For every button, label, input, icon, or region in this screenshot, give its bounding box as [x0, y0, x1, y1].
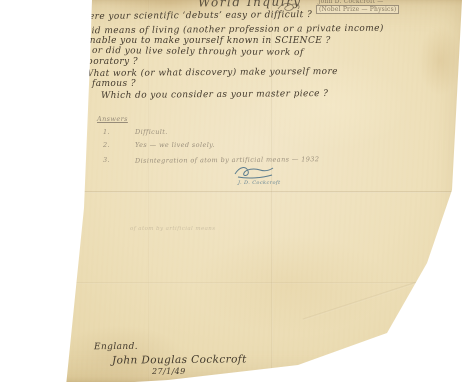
question-3-number: 3.: [71, 68, 80, 78]
question-3-line: famous ?: [92, 79, 136, 89]
answer-1-text: Difficult.: [135, 128, 168, 136]
question-2-number: 2.: [71, 25, 80, 35]
footer-signature-name: John Douglas Cockcroft: [112, 353, 247, 366]
answer-3-number: 3.: [103, 156, 110, 164]
photo-background: World Inquiry John D. Cockcroft — (Nobel…: [0, 0, 468, 382]
question-2-line: laboratory ?: [78, 57, 138, 67]
question-3-line: Which do you consider as your master pie…: [101, 89, 328, 101]
question-1-line: Were your scientific ‘debuts’ easy or di…: [80, 10, 312, 22]
answer-2-text: Yes — we lived solely.: [135, 141, 215, 149]
answers-header: Answers: [97, 115, 128, 123]
signature-caption: J. D. Cockcroft: [238, 180, 281, 186]
question-2-line: enable you to make yourself known in SCI…: [84, 36, 331, 46]
corner-annotation-line2: (Nobel Prize — Physics): [316, 5, 399, 14]
manuscript-paper: World Inquiry John D. Cockcroft — (Nobel…: [0, 0, 468, 382]
answer-3-text: Disintegration of atom by artificial mea…: [135, 155, 319, 165]
answer-2-number: 2.: [103, 141, 110, 149]
faint-pencil-note: of atom by artificial means: [130, 226, 215, 232]
footer-place: England.: [94, 342, 138, 352]
footer-date: 27/1/49: [152, 367, 186, 376]
question-1-number: 1.: [62, 11, 71, 21]
answer-1-number: 1.: [103, 128, 110, 136]
